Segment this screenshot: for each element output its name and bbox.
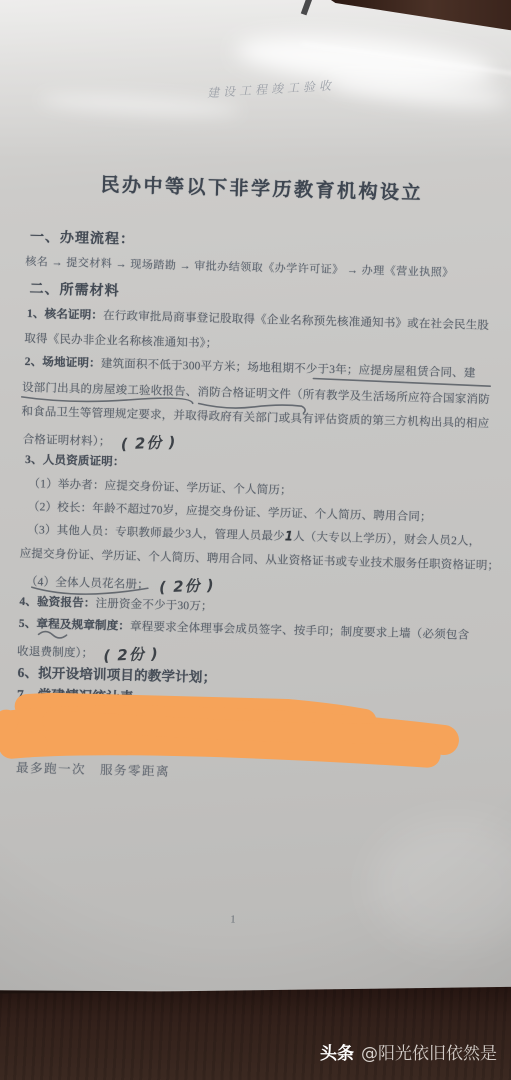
slogan-line: 最多跑一次 服务零距离 bbox=[16, 758, 170, 780]
doc-line: 6、拟开设培训项目的教学计划； bbox=[17, 661, 216, 686]
doc-line: （3）其他人员：专职教师最少3人，管理人员最少1人（大专以上学历），财会人员2人… bbox=[27, 521, 480, 549]
doc-line: （1）举办者：应提交身份证、学历证、个人简历； bbox=[28, 475, 292, 498]
line-lead: 6、拟开设培训项目的教学计划； bbox=[17, 665, 216, 685]
line-lead: 2、场地证明： bbox=[25, 356, 101, 370]
line-text: 在行政审批局商事登记股取得《企业名称预先核准通知书》或在社会民生股 bbox=[103, 310, 489, 332]
line-text: 设部门出具的房屋竣工验收报告、消防合格证明文件（所有教学及生活场所应符合国家消防 bbox=[22, 382, 490, 406]
doc-line: 3、人员资质证明： bbox=[25, 451, 125, 470]
doc-line: 1、核名证明：在行政审批局商事登记股取得《企业名称预先核准通知书》或在社会民生股 bbox=[27, 305, 490, 333]
doc-line: （2）校长：年龄不超过70岁，应提交身份证、学历证、个人简历、聘用合同； bbox=[28, 498, 432, 525]
handwritten-top-note: 建设工程竣工验收 bbox=[207, 76, 336, 101]
line-text: （3）其他人员：专职教师最少3人，管理人员最少 bbox=[27, 524, 285, 543]
doc-line: 设部门出具的房屋竣工验收报告、消防合格证明文件（所有教学及生活场所应符合国家消防 bbox=[22, 379, 490, 407]
page-number: 1 bbox=[230, 914, 236, 926]
pen-squiggle bbox=[38, 631, 66, 638]
watermark-logo: 头条 bbox=[320, 1044, 354, 1064]
document-title: 民办中等以下非学历教育机构设立 bbox=[6, 167, 511, 207]
handwritten-copies-note: ( 2份 ) bbox=[120, 431, 176, 454]
doc-line: 应提交身份证、学历证、个人简历、聘用合同、从业资格证书或专业技术服务任职资格证明… bbox=[19, 545, 499, 574]
line-lead: 1、核名证明： bbox=[27, 308, 103, 322]
handwritten-digit: 1 bbox=[285, 528, 294, 544]
line-lead: 5、章程及规章制度： bbox=[19, 618, 131, 633]
line-text: 注册资金不少于30万； bbox=[95, 598, 212, 613]
doc-line: 7、党建情况统计表 bbox=[17, 683, 134, 706]
line-text: 合格证明材料）； bbox=[23, 434, 111, 448]
section1-heading: 一、办理流程： bbox=[30, 226, 135, 249]
line-text: 和食品卫生等管理规定要求，并取得政府有关部门或具有评估资质的第三方机构出具的相应 bbox=[21, 406, 489, 430]
line-text: 收退费制度）； bbox=[17, 646, 93, 660]
doc-line: （4）全体人员花名册；( 2份 ) bbox=[26, 569, 215, 595]
doc-line: 2、场地证明：建筑面积不低于300平方米；场地租期不少于3年；应提房屋租赁合同、… bbox=[25, 353, 476, 381]
line-lead: 3、人员资质证明： bbox=[25, 454, 125, 469]
scribble-stroke bbox=[12, 739, 428, 757]
line-text: 取得《民办非企业名称核准通知书》； bbox=[24, 333, 217, 350]
document-content: 建设工程竣工验收 民办中等以下非学历教育机构设立 一、办理流程： 核名 → 提交… bbox=[0, 0, 511, 1007]
section2-heading: 二、所需材料 bbox=[29, 278, 119, 300]
section3-heading: 三、联系方式 bbox=[18, 705, 108, 727]
doc-line: 收退费制度）；( 2份 ) bbox=[17, 639, 159, 664]
line-text: 建筑面积不低于300平方米；场地租期不少于3年；应提房屋租赁合同、建 bbox=[101, 358, 476, 380]
line-text: （2）校长：年龄不超过70岁，应提交身份证、学历证、个人简历、聘用合同； bbox=[28, 501, 432, 524]
line-text: 章程要求全体理事会成员签字、按手印；制度要求上墙（必须包含 bbox=[130, 621, 469, 642]
doc-line: 和食品卫生等管理规定要求，并取得政府有关部门或具有评估资质的第三方机构出具的相应 bbox=[21, 403, 489, 431]
handwritten-copies-note: ( 2份 ) bbox=[159, 574, 215, 597]
wood-table-bottom bbox=[0, 984, 511, 1080]
doc-line: 合格证明材料）；( 2份 ) bbox=[22, 427, 176, 452]
line-text: 应提交身份证、学历证、个人简历、聘用合同、从业资格证书或专业技术服务任职资格证明… bbox=[20, 548, 500, 573]
line-lead: 4、验资报告： bbox=[19, 596, 95, 610]
line-text: （4）全体人员花名册； bbox=[26, 576, 149, 591]
watermark-handle: @阳光依旧依然是 bbox=[361, 1044, 497, 1064]
line-lead: 7、党建情况统计表 bbox=[17, 687, 134, 705]
watermark: 头条@阳光依旧依然是 bbox=[320, 1039, 497, 1064]
line-text: （1）举办者：应提交身份证、学历证、个人简历； bbox=[28, 478, 292, 497]
doc-line: 5、章程及规章制度：章程要求全体理事会成员签字、按手印；制度要求上墙（必须包含 bbox=[19, 615, 470, 643]
process-flow-line: 核名 → 提交材料 → 现场踏勘 → 审批办结领取《办学许可证》 → 办理《营业… bbox=[25, 253, 454, 280]
doc-line: 取得《民办非企业名称核准通知书》； bbox=[24, 330, 218, 351]
line-text: 人（大专以上学历），财会人员2人， bbox=[293, 531, 481, 548]
